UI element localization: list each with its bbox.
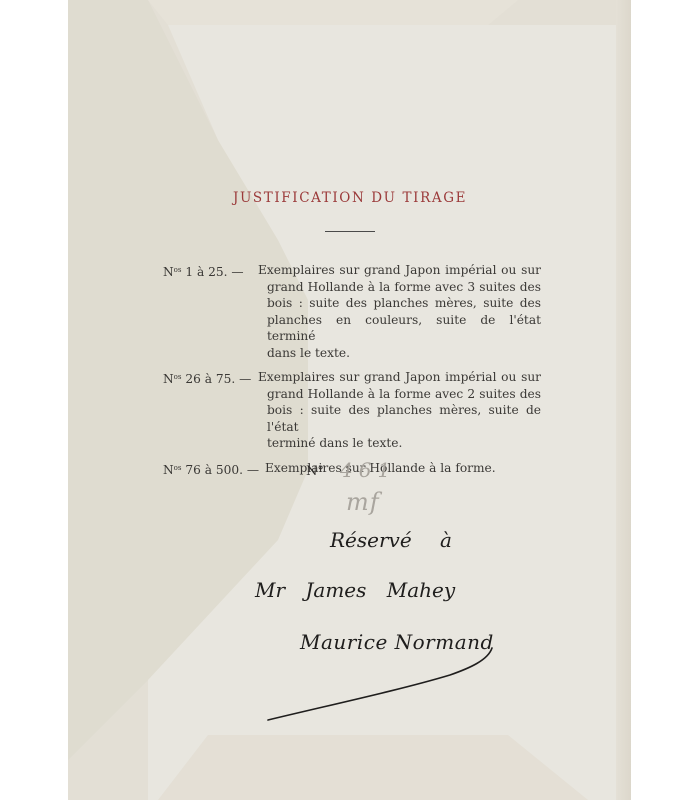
entry-line: bois : suite des planches mères, suite d… <box>163 402 541 435</box>
entry-label-range: 76 à 500. — <box>185 463 259 477</box>
entry-label: Nos 1 à 25. — <box>163 262 244 281</box>
entry-line: dans le texte. <box>163 345 541 362</box>
copy-number-label: N° <box>306 464 324 479</box>
entry-label-prefix: N <box>163 463 174 477</box>
print-run-entry: Nos 26 à 75. — Exemplaires sur grand Jap… <box>163 369 541 452</box>
entry-line: grand Hollande à la forme avec 2 suites … <box>163 386 541 403</box>
entry-label: Nos 76 à 500. — <box>163 460 259 479</box>
entry-label-prefix: N <box>163 372 174 386</box>
entry-line: terminé dans le texte. <box>163 435 541 452</box>
print-run-list: Nos 1 à 25. — Exemplaires sur grand Japo… <box>163 262 541 484</box>
page-title: JUSTIFICATION DU TIRAGE <box>0 190 700 206</box>
print-run-entry: Nos 1 à 25. — Exemplaires sur grand Japo… <box>163 262 541 361</box>
handwritten-signature: Maurice Normand <box>300 630 494 654</box>
entry-line: planches en couleurs, suite de l'état te… <box>163 312 541 345</box>
handwritten-reserved-line: Réservé à <box>330 528 452 552</box>
entry-line: grand Hollande à la forme avec 3 suites … <box>163 279 541 296</box>
handwritten-initials: mf <box>346 488 380 516</box>
entry-label-prefix: N <box>163 265 174 279</box>
handwritten-recipient: Mr James Mahey <box>255 578 455 602</box>
scan-canvas: JUSTIFICATION DU TIRAGE Nos 1 à 25. — Ex… <box>0 0 700 800</box>
paper-right-edge <box>616 0 631 800</box>
entry-label: Nos 26 à 75. — <box>163 369 251 388</box>
entry-label-ordinal: os <box>174 266 182 274</box>
entry-label-range: 1 à 25. — <box>185 265 243 279</box>
entry-label-ordinal: os <box>174 464 182 472</box>
entry-label-ordinal: os <box>174 373 182 381</box>
title-divider <box>325 231 375 232</box>
entry-line: bois : suite des planches mères, suite d… <box>163 295 541 312</box>
entry-label-range: 26 à 75. — <box>185 372 251 386</box>
handwritten-copy-number: 461 <box>340 458 396 482</box>
